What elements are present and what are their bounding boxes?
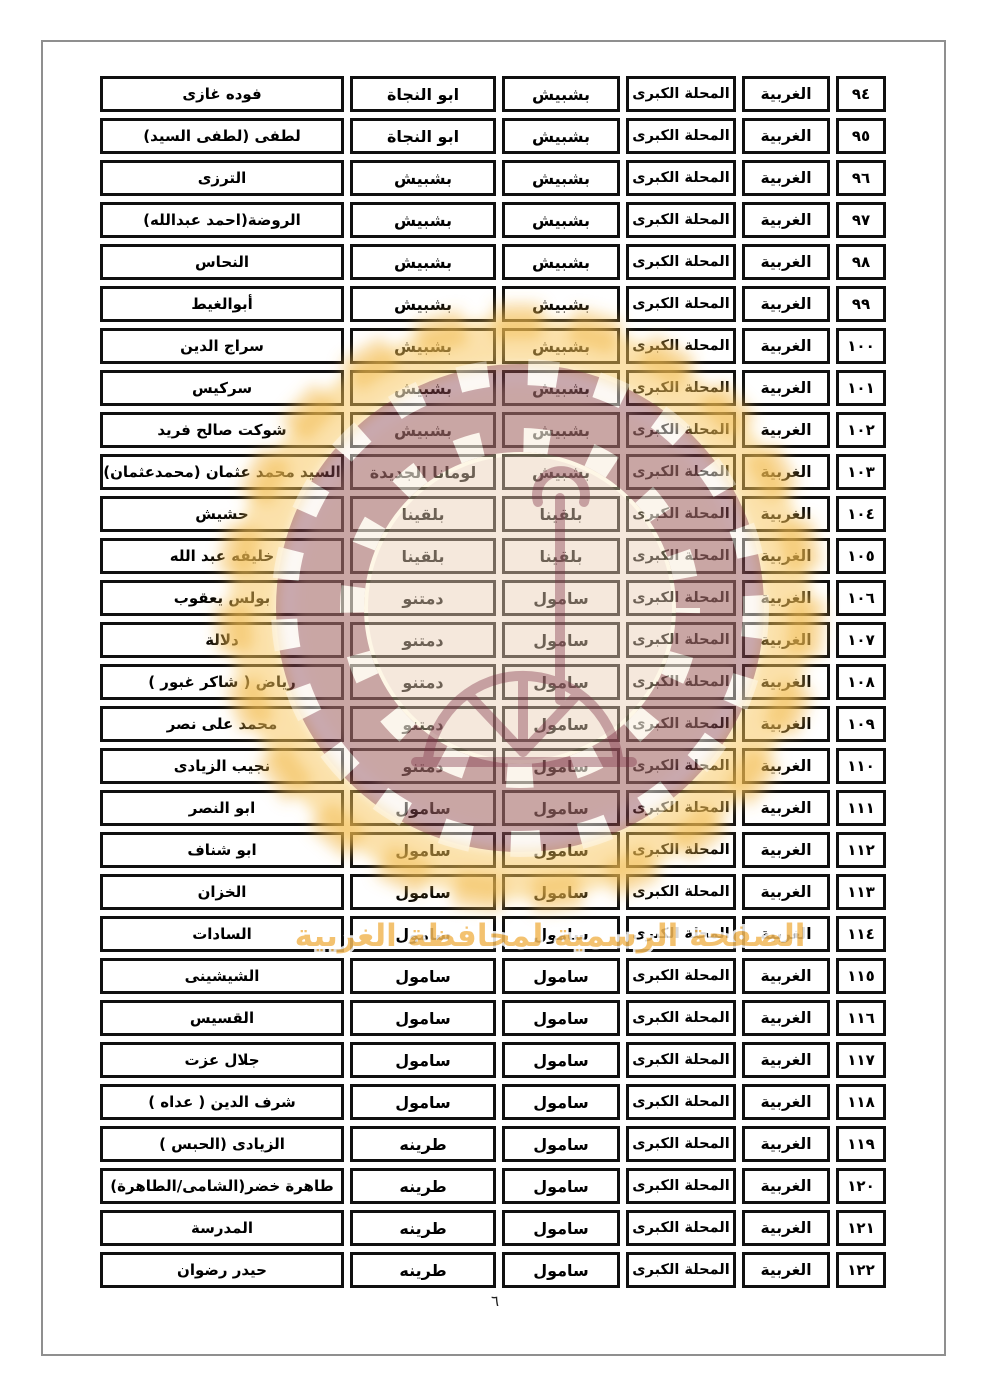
village-name-cell: الشيشينى [100,958,344,994]
village-name-cell: طاهرة خضر(الشامى/الطاهرة) [100,1168,344,1204]
governorate-cell: الغربية [742,370,830,406]
row-number-cell: ٩٧ [836,202,886,238]
mother-village-cell: بشبيش [350,244,496,280]
governorate-cell: الغربية [742,244,830,280]
city-cell: المحلة الكبرى [626,1042,736,1078]
local-unit-cell: سامول [502,832,620,868]
row-number-cell: ١٠٤ [836,496,886,532]
row-number-cell: ١١٦ [836,1000,886,1036]
mother-village-cell: سامول [350,1084,496,1120]
city-cell: المحلة الكبرى [626,832,736,868]
governorate-cell: الغربية [742,874,830,910]
mother-village-cell: دمتنو [350,664,496,700]
row-number-cell: ١٠٩ [836,706,886,742]
village-name-cell: دلالة [100,622,344,658]
village-name-cell: الترزى [100,160,344,196]
mother-village-cell: سامول [350,958,496,994]
village-name-cell: الزيادى (الحبس ) [100,1126,344,1162]
governorate-cell: الغربية [742,580,830,616]
governorate-cell: الغربية [742,160,830,196]
village-name-cell: أبوالغيط [100,286,344,322]
local-unit-cell: بشبيش [502,286,620,322]
village-name-cell: نجيب الزيادى [100,748,344,784]
governorate-cell: الغربية [742,832,830,868]
village-name-cell: فوده غازى [100,76,344,112]
governorate-cell: الغربية [742,1252,830,1288]
village-name-cell: سراج الدين [100,328,344,364]
local-unit-cell: بشبيش [502,328,620,364]
city-cell: المحلة الكبرى [626,1252,736,1288]
village-name-cell: النحاس [100,244,344,280]
local-unit-cell: سامول [502,1000,620,1036]
row-number-cell: ١١٣ [836,874,886,910]
mother-village-cell: طرينه [350,1168,496,1204]
page-number: ٦ [0,1292,990,1310]
city-cell: المحلة الكبرى [626,1084,736,1120]
local-unit-cell: سامول [502,1042,620,1078]
row-number-cell: ٩٤ [836,76,886,112]
village-name-cell: الروضة(احمد عبدالله) [100,202,344,238]
local-unit-cell: سامول [502,916,620,952]
mother-village-cell: طرينه [350,1252,496,1288]
mother-village-cell: بشبيش [350,286,496,322]
city-cell: المحلة الكبرى [626,538,736,574]
mother-village-cell: دمتنو [350,706,496,742]
local-unit-cell: بشبيش [502,76,620,112]
city-cell: المحلة الكبرى [626,76,736,112]
village-name-cell: خليفه عبد الله [100,538,344,574]
village-name-cell: السادات [100,916,344,952]
governorate-cell: الغربية [742,706,830,742]
city-cell: المحلة الكبرى [626,328,736,364]
mother-village-cell: سامول [350,874,496,910]
mother-village-cell: دمتنو [350,580,496,616]
local-unit-cell: سامول [502,706,620,742]
governorate-cell: الغربية [742,1168,830,1204]
city-cell: المحلة الكبرى [626,1000,736,1036]
village-name-cell: السيد محمد عثمان (محمدعثمان) [100,454,344,490]
city-cell: المحلة الكبرى [626,706,736,742]
village-name-cell: ابو شناف [100,832,344,868]
governorate-cell: الغربية [742,118,830,154]
governorate-cell: الغربية [742,1042,830,1078]
mother-village-cell: بشبيش [350,370,496,406]
city-cell: المحلة الكبرى [626,580,736,616]
row-number-cell: ١١٠ [836,748,886,784]
governorate-cell: الغربية [742,496,830,532]
governorate-cell: الغربية [742,622,830,658]
scanned-document-page: { "page": { "number_label": "٦" }, "wate… [0,0,990,1400]
mother-village-cell: دمتنو [350,622,496,658]
village-name-cell: ابو النصر [100,790,344,826]
row-number-cell: ١١٩ [836,1126,886,1162]
governorate-cell: الغربية [742,202,830,238]
city-cell: المحلة الكبرى [626,370,736,406]
local-unit-cell: سامول [502,1126,620,1162]
row-number-cell: ٩٨ [836,244,886,280]
governorate-cell: الغربية [742,412,830,448]
row-number-cell: ١٠٦ [836,580,886,616]
village-name-cell: بولس يعقوب [100,580,344,616]
city-cell: المحلة الكبرى [626,160,736,196]
row-number-cell: ١٠٠ [836,328,886,364]
city-cell: المحلة الكبرى [626,622,736,658]
row-number-cell: ١٠٥ [836,538,886,574]
local-unit-cell: سامول [502,580,620,616]
governorate-cell: الغربية [742,664,830,700]
row-number-cell: ١٠٨ [836,664,886,700]
local-unit-cell: سامول [502,664,620,700]
village-name-cell: رياض ( شاكر غبور ) [100,664,344,700]
row-number-cell: ٩٩ [836,286,886,322]
villages-table: فوده غازى ابو النجاة بشبيش المحلة الكبرى… [100,76,886,1288]
governorate-cell: الغربية [742,748,830,784]
city-cell: المحلة الكبرى [626,874,736,910]
village-name-cell: لطفى (لطفى السيد) [100,118,344,154]
mother-village-cell: ابو النجاة [350,76,496,112]
village-name-cell: شوكت صالح فريد [100,412,344,448]
city-cell: المحلة الكبرى [626,664,736,700]
row-number-cell: ١١٧ [836,1042,886,1078]
governorate-cell: الغربية [742,286,830,322]
city-cell: المحلة الكبرى [626,1126,736,1162]
local-unit-cell: سامول [502,622,620,658]
row-number-cell: ١٠٧ [836,622,886,658]
local-unit-cell: بشبيش [502,454,620,490]
row-number-cell: ١٢١ [836,1210,886,1246]
governorate-cell: الغربية [742,1084,830,1120]
mother-village-cell: طرينه [350,1126,496,1162]
local-unit-cell: بشبيش [502,244,620,280]
governorate-cell: الغربية [742,1126,830,1162]
village-name-cell: سركيس [100,370,344,406]
row-number-cell: ١١٨ [836,1084,886,1120]
local-unit-cell: سامول [502,748,620,784]
local-unit-cell: بشبيش [502,118,620,154]
local-unit-cell: بشبيش [502,202,620,238]
governorate-cell: الغربية [742,1210,830,1246]
local-unit-cell: سامول [502,1210,620,1246]
local-unit-cell: بشبيش [502,370,620,406]
mother-village-cell: بشبيش [350,328,496,364]
mother-village-cell: سامول [350,832,496,868]
city-cell: المحلة الكبرى [626,958,736,994]
mother-village-cell: ابو النجاة [350,118,496,154]
city-cell: المحلة الكبرى [626,202,736,238]
governorate-cell: الغربية [742,1000,830,1036]
village-name-cell: جلال عزت [100,1042,344,1078]
governorate-cell: الغربية [742,958,830,994]
governorate-cell: الغربية [742,790,830,826]
row-number-cell: ١١٥ [836,958,886,994]
mother-village-cell: سامول [350,790,496,826]
row-number-cell: ١٠١ [836,370,886,406]
city-cell: المحلة الكبرى [626,496,736,532]
mother-village-cell: بشبيش [350,160,496,196]
governorate-cell: الغربية [742,454,830,490]
governorate-cell: الغربية [742,538,830,574]
mother-village-cell: بلقينا [350,496,496,532]
city-cell: المحلة الكبرى [626,286,736,322]
local-unit-cell: بلقينا [502,496,620,532]
local-unit-cell: سامول [502,874,620,910]
mother-village-cell: دمتنو [350,748,496,784]
mother-village-cell: بشبيش [350,202,496,238]
village-name-cell: حيدر رضوان [100,1252,344,1288]
row-number-cell: ١١١ [836,790,886,826]
city-cell: المحلة الكبرى [626,244,736,280]
mother-village-cell: لومانا الجديدة [350,454,496,490]
mother-village-cell: بلقينا [350,538,496,574]
row-number-cell: ١٢٠ [836,1168,886,1204]
local-unit-cell: سامول [502,1252,620,1288]
governorate-cell: الغربية [742,916,830,952]
row-number-cell: ١١٤ [836,916,886,952]
mother-village-cell: طرينه [350,1210,496,1246]
governorate-cell: الغربية [742,76,830,112]
city-cell: المحلة الكبرى [626,916,736,952]
city-cell: المحلة الكبرى [626,790,736,826]
village-name-cell: شرف الدين ( عداه ) [100,1084,344,1120]
local-unit-cell: سامول [502,1084,620,1120]
row-number-cell: ١٠٣ [836,454,886,490]
mother-village-cell: بشبيش [350,412,496,448]
local-unit-cell: بشبيش [502,160,620,196]
row-number-cell: ١١٢ [836,832,886,868]
city-cell: المحلة الكبرى [626,1168,736,1204]
village-name-cell: حشيش [100,496,344,532]
city-cell: المحلة الكبرى [626,454,736,490]
row-number-cell: ٩٦ [836,160,886,196]
mother-village-cell: سامول [350,1042,496,1078]
village-name-cell: الخزان [100,874,344,910]
city-cell: المحلة الكبرى [626,1210,736,1246]
local-unit-cell: بشبيش [502,412,620,448]
village-name-cell: المدرسة [100,1210,344,1246]
local-unit-cell: بلقينا [502,538,620,574]
row-number-cell: ٩٥ [836,118,886,154]
city-cell: المحلة الكبرى [626,118,736,154]
governorate-cell: الغربية [742,328,830,364]
row-number-cell: ١٢٢ [836,1252,886,1288]
local-unit-cell: سامول [502,958,620,994]
city-cell: المحلة الكبرى [626,412,736,448]
row-number-cell: ١٠٢ [836,412,886,448]
mother-village-cell: سامول [350,916,496,952]
city-cell: المحلة الكبرى [626,748,736,784]
mother-village-cell: سامول [350,1000,496,1036]
local-unit-cell: سامول [502,790,620,826]
village-name-cell: محمد على نصر [100,706,344,742]
local-unit-cell: سامول [502,1168,620,1204]
village-name-cell: القسيس [100,1000,344,1036]
